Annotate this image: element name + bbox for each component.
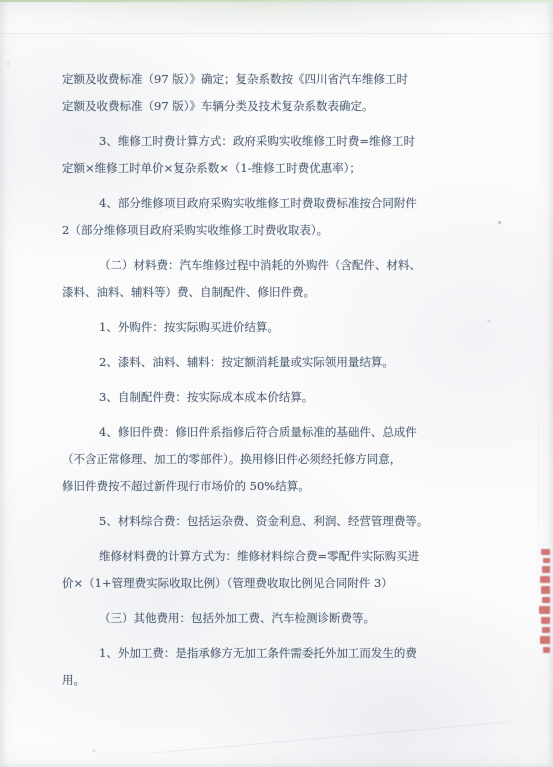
paragraph: 1、外加工费：是指承修方无加工条件需委托外加工而发生的费用。 [0, 640, 553, 694]
stamp-mark [541, 586, 550, 594]
text-line: 修旧件费按不超过新件现行市场价的 50%结算。 [0, 473, 553, 500]
text-line: 漆料、油料、辅料等）费、自制配件、修旧件费。 [0, 279, 553, 306]
text-line: （不含正常修理、加工的零部件）。换用修旧件必须经托修方同意， [0, 446, 553, 473]
stamp-mark [540, 636, 550, 644]
stamp-mark [542, 627, 550, 633]
stamp-mark [543, 558, 550, 563]
text-line: 用。 [0, 667, 553, 694]
stamp-mark [541, 549, 550, 555]
scanner-top-edge [0, 0, 553, 2]
text-line: 价×（1+管理费实际收取比例）（管理费收取比例见合同附件 3） [0, 570, 553, 597]
paper-speck [498, 221, 501, 224]
paper-crease [0, 33, 553, 34]
stamp-mark [540, 576, 550, 583]
text-line: （三）其他费用：包括外加工费、汽车检测诊断费等。 [0, 605, 553, 632]
text-line: 4、修旧件费：修旧件系指修后符合质量标准的基础件、总成件 [0, 419, 553, 446]
paragraph: 3、维修工时费计算方式：政府采购实收维修工时费=维修工时定额×维修工时单价×复杂… [0, 128, 553, 182]
paragraph: 5、材料综合费：包括运杂费、资金利息、利润、经营管理费等。 [0, 508, 553, 535]
red-stamp-marks [532, 549, 550, 653]
paragraph: 2、漆料、油料、辅料：按定额消耗量或实际领用量结算。 [0, 349, 553, 376]
text-line: 1、外购件：按实际购买进价结算。 [0, 314, 553, 341]
text-line: （二）材料费：汽车维修过程中消耗的外购件（含配件、材料、 [0, 252, 553, 279]
text-line: 3、自制配件费：按实际成本成本价结算。 [0, 384, 553, 411]
stamp-mark [539, 606, 550, 614]
paragraph: 维修材料费的计算方式为：维修材料综合费=零配件实际购买进价×（1+管理费实际收取… [0, 543, 553, 597]
paper-crease [151, 721, 510, 753]
text-line: 3、维修工时费计算方式：政府采购实收维修工时费=维修工时 [0, 128, 553, 155]
text-line: 定额×维修工时单价×复杂系数×（1-维修工时费优惠率）； [0, 155, 553, 182]
text-line: 定额及收费标准（97 版）》车辆分类及技术复杂系数表确定。 [0, 93, 553, 120]
text-line: 维修材料费的计算方式为：维修材料综合费=零配件实际购买进 [0, 543, 553, 570]
paragraph: 3、自制配件费：按实际成本成本价结算。 [0, 384, 553, 411]
text-line: 定额及收费标准（97 版）》确定；复杂系数按《四川省汽车维修工时 [0, 66, 553, 93]
paper-speck [7, 62, 9, 66]
text-line: 2、漆料、油料、辅料：按定额消耗量或实际领用量结算。 [0, 349, 553, 376]
text-line: 4、部分维修项目政府采购实收维修工时费取费标准按合同附件 [0, 190, 553, 217]
stamp-mark [543, 647, 550, 653]
paper-speck [92, 749, 96, 752]
paragraph: （二）材料费：汽车维修过程中消耗的外购件（含配件、材料、漆料、油料、辅料等）费、… [0, 252, 553, 306]
text-line: 5、材料综合费：包括运杂费、资金利息、利润、经营管理费等。 [0, 508, 553, 535]
scanned-page: 定额及收费标准（97 版）》确定；复杂系数按《四川省汽车维修工时定额及收费标准（… [0, 0, 553, 767]
stamp-mark [542, 597, 550, 603]
text-line: 2（部分维修项目政府采购实收维修工时费收取表）。 [0, 217, 553, 244]
paragraph: 定额及收费标准（97 版）》确定；复杂系数按《四川省汽车维修工时定额及收费标准（… [0, 66, 553, 120]
text-line: 1、外加工费：是指承修方无加工条件需委托外加工而发生的费 [0, 640, 553, 667]
document-text: 定额及收费标准（97 版）》确定；复杂系数按《四川省汽车维修工时定额及收费标准（… [0, 66, 553, 694]
paragraph: （三）其他费用：包括外加工费、汽车检测诊断费等。 [0, 605, 553, 632]
stamp-mark [541, 617, 550, 624]
paragraph: 4、修旧件费：修旧件系指修后符合质量标准的基础件、总成件（不含正常修理、加工的零… [0, 419, 553, 500]
paragraph: 1、外购件：按实际购买进价结算。 [0, 314, 553, 341]
paragraph: 4、部分维修项目政府采购实收维修工时费取费标准按合同附件2（部分维修项目政府采购… [0, 190, 553, 244]
stamp-mark [542, 566, 550, 573]
